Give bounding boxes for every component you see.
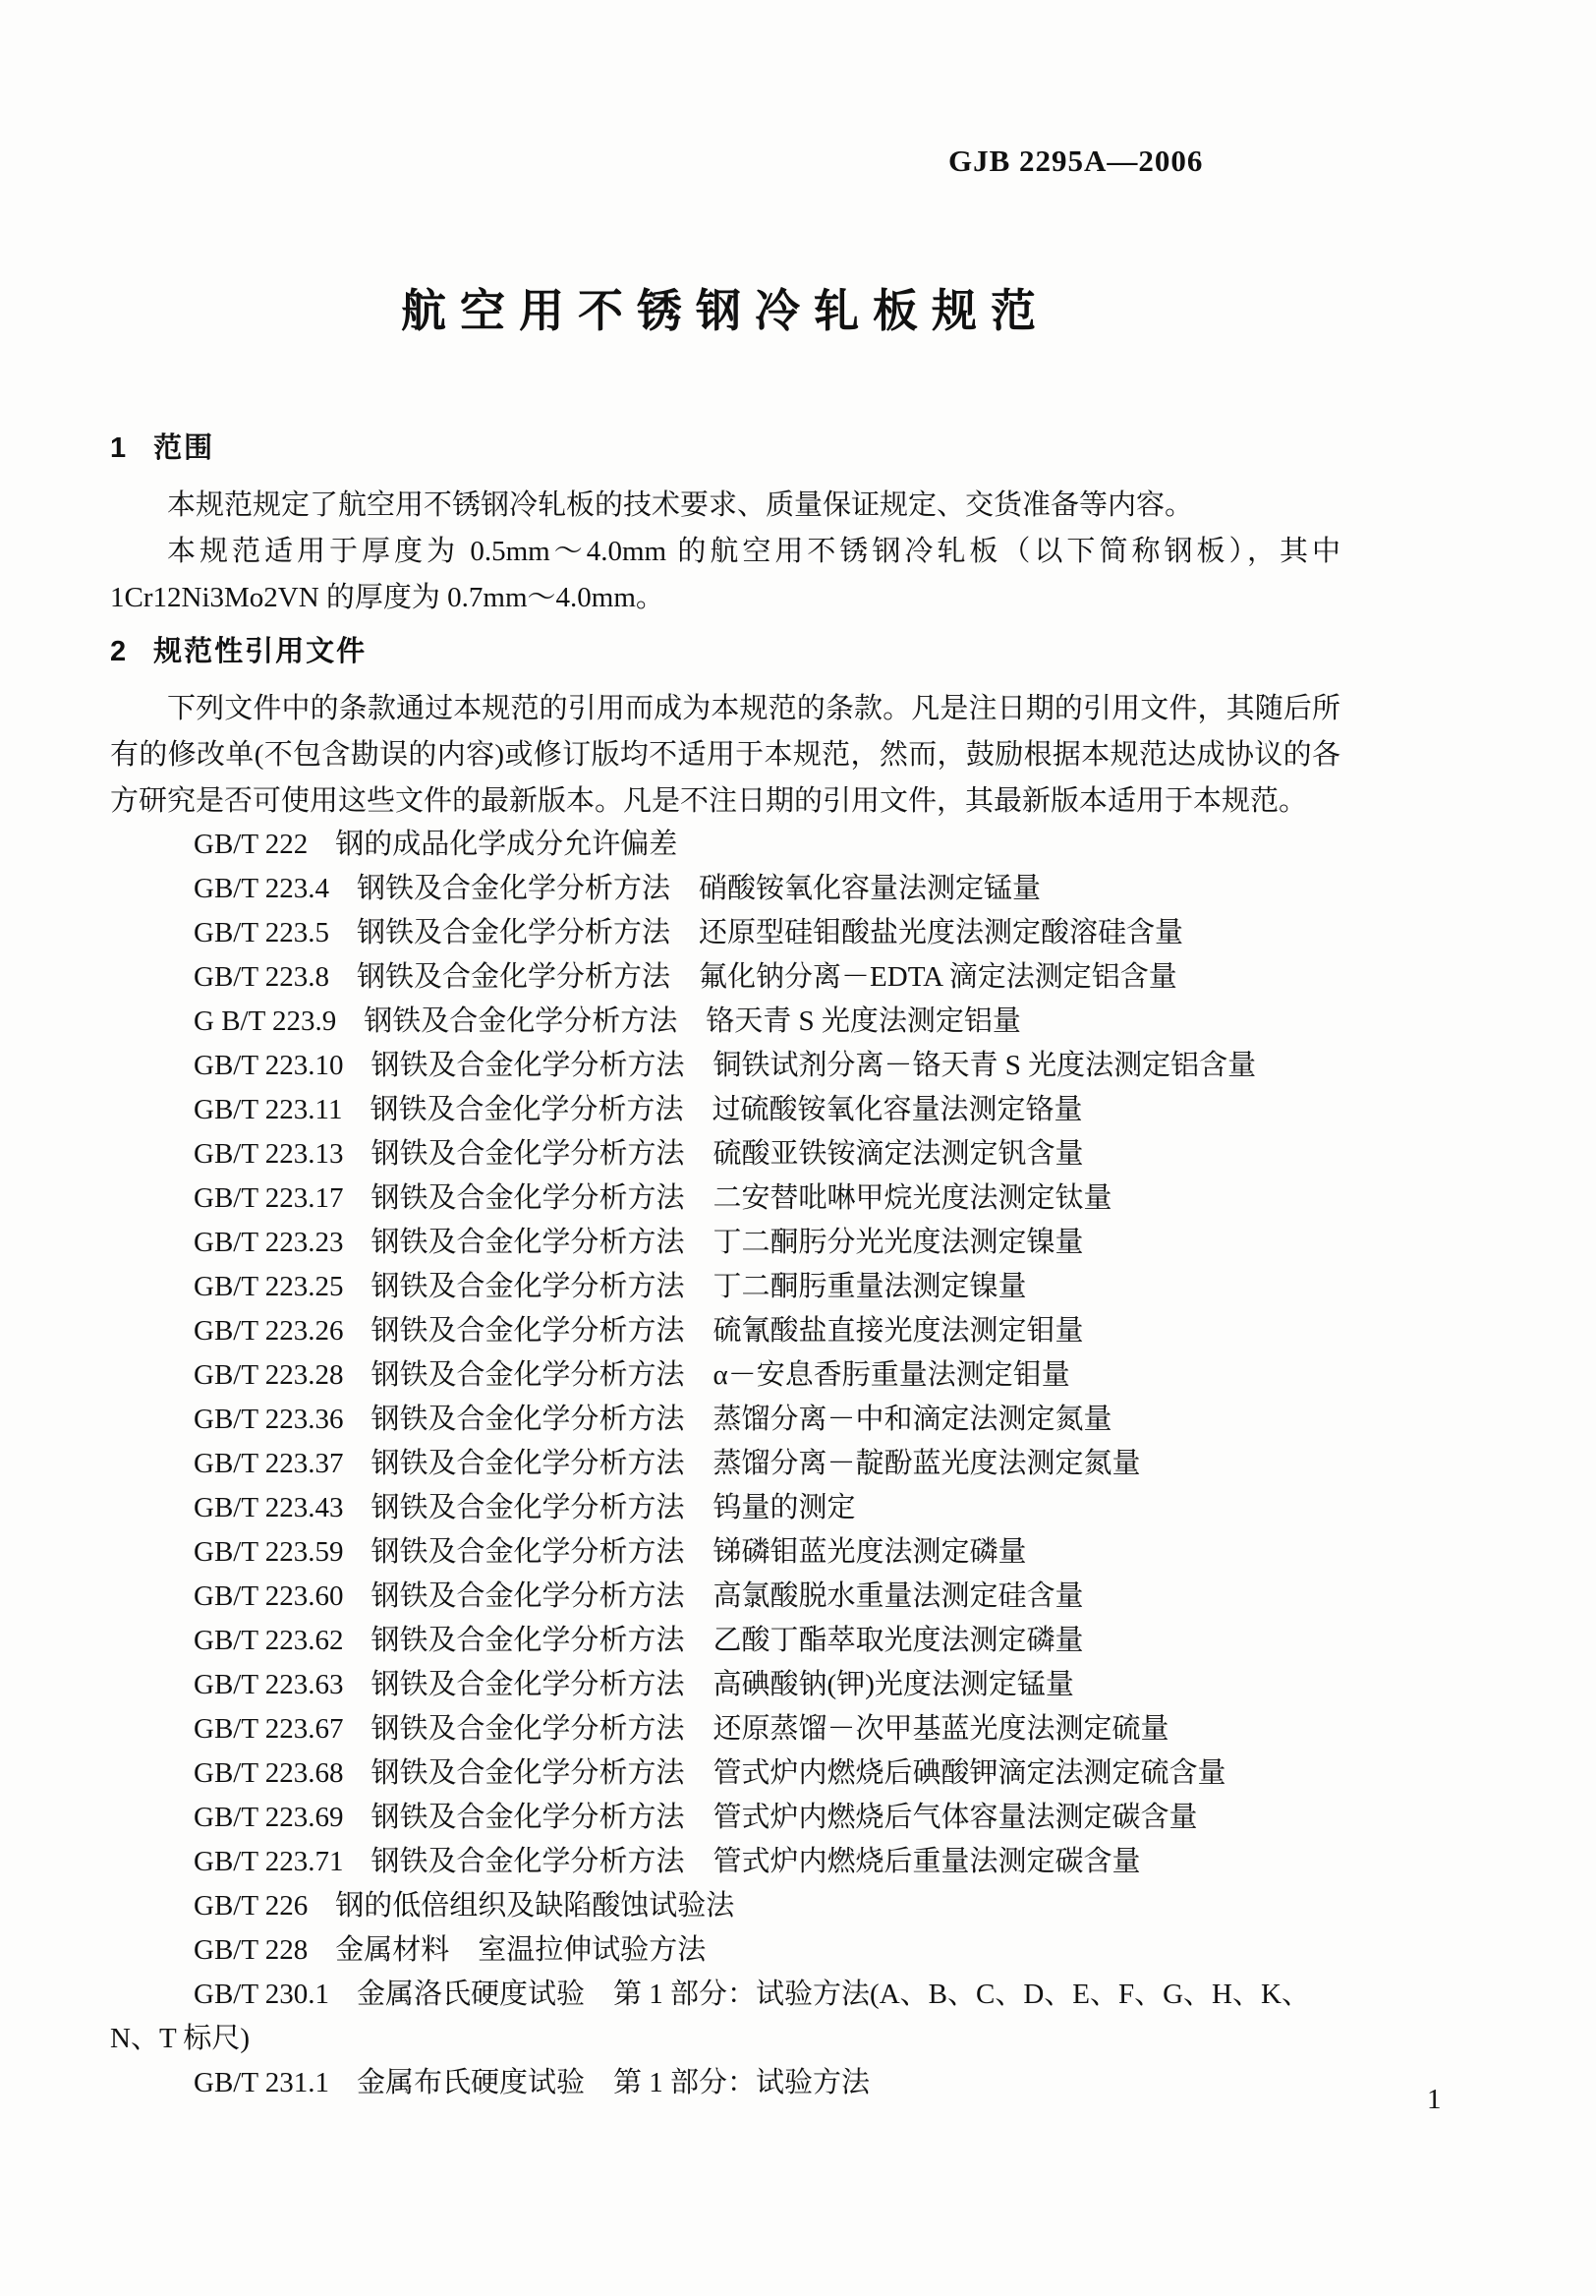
reference-code: GB/T 231.1	[194, 2067, 329, 2098]
section-2-heading: 2规范性引用文件	[110, 635, 1340, 668]
reference-item: GB/T 223.25钢铁及合金化学分析方法 丁二酮肟重量法测定镍量	[110, 1265, 1340, 1309]
reference-item: GB/T 223.43钢铁及合金化学分析方法 钨量的测定	[110, 1486, 1340, 1530]
section-normative-references: 2规范性引用文件 下列文件中的条款通过本规范的引用而成为本规范的条款。凡是注日期…	[110, 635, 1340, 2105]
reference-desc: 钢铁及合金化学分析方法 高碘酸钠(钾)光度法测定锰量	[371, 1669, 1074, 1700]
reference-code: GB/T 223.60	[194, 1580, 344, 1612]
reference-code: GB/T 223.23	[194, 1227, 344, 1258]
reference-item: GB/T 223.63钢铁及合金化学分析方法 高碘酸钠(钾)光度法测定锰量	[110, 1663, 1340, 1707]
reference-code: GB/T 223.4	[194, 873, 329, 904]
section-scope: 1范围 本规范规定了航空用不锈钢冷轧板的技术要求、质量保证规定、交货准备等内容。…	[110, 431, 1340, 621]
reference-item: GB/T 228金属材料 室温拉伸试验方法	[110, 1928, 1340, 1973]
reference-desc: 钢铁及合金化学分析方法 二安替吡啉甲烷光度法测定钛量	[371, 1182, 1112, 1214]
reference-code: GB/T 228	[194, 1934, 308, 1966]
page-number: 1	[1427, 2084, 1442, 2116]
reference-code: GB/T 223.13	[194, 1138, 344, 1170]
reference-item: GB/T 223.69钢铁及合金化学分析方法 管式炉内燃烧后气体容量法测定碳含量	[110, 1796, 1340, 1840]
reference-item: GB/T 223.13钢铁及合金化学分析方法 硫酸亚铁铵滴定法测定钒含量	[110, 1132, 1340, 1177]
reference-desc: 钢铁及合金化学分析方法 铜铁试剂分离－铬天青 S 光度法测定铝含量	[371, 1050, 1257, 1081]
reference-item: GB/T 223.59钢铁及合金化学分析方法 锑磷钼蓝光度法测定磷量	[110, 1530, 1340, 1575]
reference-desc: 钢铁及合金化学分析方法 丁二酮肟分光光度法测定镍量	[371, 1227, 1084, 1258]
reference-item: GB/T 223.68钢铁及合金化学分析方法 管式炉内燃烧后碘酸钾滴定法测定硫含…	[110, 1751, 1340, 1796]
reference-code: GB/T 223.43	[194, 1492, 344, 1523]
document-content: 航空用不锈钢冷轧板规范 1范围 本规范规定了航空用不锈钢冷轧板的技术要求、质量保…	[110, 0, 1340, 2105]
reference-desc: 钢铁及合金化学分析方法 钨量的测定	[371, 1492, 856, 1523]
references-intro-paragraph: 下列文件中的条款通过本规范的引用而成为本规范的条款。凡是注日期的引用文件，其随后…	[110, 686, 1340, 825]
reference-item: GB/T 231.1金属布氏硬度试验 第 1 部分：试验方法	[110, 2061, 1340, 2105]
reference-item: GB/T 223.37钢铁及合金化学分析方法 蒸馏分离－靛酚蓝光度法测定氮量	[110, 1442, 1340, 1486]
reference-desc: 钢铁及合金化学分析方法 过硫酸铵氧化容量法测定铬量	[370, 1094, 1082, 1125]
reference-code: GB/T 223.17	[194, 1182, 344, 1214]
reference-code: GB/T 230.1	[194, 1979, 329, 2010]
reference-item: GB/T 223.4钢铁及合金化学分析方法 硝酸铵氧化容量法测定锰量	[110, 867, 1340, 911]
reference-item: GB/T 223.11钢铁及合金化学分析方法 过硫酸铵氧化容量法测定铬量	[110, 1088, 1340, 1132]
reference-item: GB/T 230.1金属洛氏硬度试验 第 1 部分：试验方法(A、B、C、D、E…	[110, 1973, 1340, 2061]
reference-code: GB/T 223.37	[194, 1448, 344, 1479]
reference-item: GB/T 223.26钢铁及合金化学分析方法 硫氰酸盐直接光度法测定钼量	[110, 1309, 1340, 1353]
reference-item: GB/T 223.10钢铁及合金化学分析方法 铜铁试剂分离－铬天青 S 光度法测…	[110, 1044, 1340, 1088]
reference-code: GB/T 223.71	[194, 1846, 344, 1877]
reference-desc: 钢铁及合金化学分析方法 硫氰酸盐直接光度法测定钼量	[371, 1315, 1084, 1347]
reference-desc: 钢铁及合金化学分析方法 铬天青 S 光度法测定铝量	[364, 1005, 1021, 1037]
reference-desc: 钢铁及合金化学分析方法 蒸馏分离－中和滴定法测定氮量	[371, 1404, 1112, 1435]
reference-code: GB/T 223.68	[194, 1757, 344, 1789]
section-2-number: 2	[110, 636, 128, 667]
reference-desc: 钢铁及合金化学分析方法 氟化钠分离－EDTA 滴定法测定铝含量	[357, 961, 1177, 993]
reference-code: GB/T 223.28	[194, 1359, 344, 1391]
reference-code: GB/T 223.62	[194, 1625, 344, 1656]
section-1-heading: 1范围	[110, 431, 1340, 465]
reference-code: GB/T 223.36	[194, 1404, 344, 1435]
reference-desc: 钢铁及合金化学分析方法 乙酸丁酯萃取光度法测定磷量	[371, 1625, 1084, 1656]
reference-desc: 金属材料 室温拉伸试验方法	[335, 1934, 706, 1966]
reference-desc: 钢铁及合金化学分析方法 管式炉内燃烧后重量法测定碳含量	[371, 1846, 1141, 1877]
section-1-title: 范围	[153, 432, 214, 464]
reference-item: GB/T 223.17钢铁及合金化学分析方法 二安替吡啉甲烷光度法测定钛量	[110, 1177, 1340, 1221]
reference-desc: 钢铁及合金化学分析方法 管式炉内燃烧后碘酸钾滴定法测定硫含量	[371, 1757, 1226, 1789]
reference-code: GB/T 223.5	[194, 917, 329, 948]
reference-desc: 钢铁及合金化学分析方法 锑磷钼蓝光度法测定磷量	[371, 1536, 1027, 1568]
reference-desc: 钢铁及合金化学分析方法 高氯酸脱水重量法测定硅含量	[371, 1580, 1084, 1612]
reference-code: GB/T 223.67	[194, 1713, 344, 1745]
reference-desc: 钢铁及合金化学分析方法 还原型硅钼酸盐光度法测定酸溶硅含量	[357, 917, 1183, 948]
section-1-number: 1	[110, 432, 128, 464]
reference-code: GB/T 223.69	[194, 1802, 344, 1833]
reference-item: GB/T 223.23钢铁及合金化学分析方法 丁二酮肟分光光度法测定镍量	[110, 1221, 1340, 1265]
reference-code: GB/T 223.59	[194, 1536, 344, 1568]
reference-desc: 钢铁及合金化学分析方法 丁二酮肟重量法测定镍量	[371, 1271, 1027, 1302]
reference-code: GB/T 223.8	[194, 961, 329, 993]
reference-item: G B/T 223.9钢铁及合金化学分析方法 铬天青 S 光度法测定铝量	[110, 1000, 1340, 1044]
reference-item: GB/T 223.8钢铁及合金化学分析方法 氟化钠分离－EDTA 滴定法测定铝含…	[110, 955, 1340, 1000]
reference-desc: 钢铁及合金化学分析方法 硫酸亚铁铵滴定法测定钒含量	[371, 1138, 1084, 1170]
reference-desc: 钢铁及合金化学分析方法 蒸馏分离－靛酚蓝光度法测定氮量	[371, 1448, 1141, 1479]
reference-item: GB/T 223.62钢铁及合金化学分析方法 乙酸丁酯萃取光度法测定磷量	[110, 1619, 1340, 1663]
reference-code: G B/T 223.9	[194, 1005, 336, 1037]
reference-code: GB/T 223.26	[194, 1315, 344, 1347]
reference-item: GB/T 223.60钢铁及合金化学分析方法 高氯酸脱水重量法测定硅含量	[110, 1575, 1340, 1619]
reference-code: GB/T 223.11	[194, 1094, 342, 1125]
reference-item: GB/T 223.71钢铁及合金化学分析方法 管式炉内燃烧后重量法测定碳含量	[110, 1840, 1340, 1884]
reference-list: GB/T 222钢的成品化学成分允许偏差GB/T 223.4钢铁及合金化学分析方…	[110, 823, 1340, 2105]
reference-item: GB/T 226钢的低倍组织及缺陷酸蚀试验法	[110, 1884, 1340, 1928]
reference-item: GB/T 222钢的成品化学成分允许偏差	[110, 823, 1340, 867]
scope-paragraph-2: 本规范适用于厚度为 0.5mm～4.0mm 的航空用不锈钢冷轧板（以下简称钢板）…	[110, 529, 1340, 621]
document-title: 航空用不锈钢冷轧板规范	[110, 283, 1340, 338]
reference-code: GB/T 223.63	[194, 1669, 344, 1700]
reference-desc: 钢铁及合金化学分析方法 硝酸铵氧化容量法测定锰量	[357, 873, 1041, 904]
reference-item: GB/T 223.36钢铁及合金化学分析方法 蒸馏分离－中和滴定法测定氮量	[110, 1398, 1340, 1442]
section-2-title: 规范性引用文件	[153, 636, 367, 667]
reference-item: GB/T 223.5钢铁及合金化学分析方法 还原型硅钼酸盐光度法测定酸溶硅含量	[110, 911, 1340, 955]
reference-code: GB/T 223.25	[194, 1271, 344, 1302]
scope-paragraph-1: 本规范规定了航空用不锈钢冷轧板的技术要求、质量保证规定、交货准备等内容。	[110, 483, 1340, 529]
reference-desc: 钢铁及合金化学分析方法 还原蒸馏－次甲基蓝光度法测定硫量	[371, 1713, 1169, 1745]
reference-code: GB/T 223.10	[194, 1050, 344, 1081]
reference-desc: 钢铁及合金化学分析方法 管式炉内燃烧后气体容量法测定碳含量	[371, 1802, 1198, 1833]
reference-desc: 钢铁及合金化学分析方法 α－安息香肟重量法测定钼量	[371, 1359, 1070, 1391]
reference-code: GB/T 222	[194, 829, 308, 860]
reference-item: GB/T 223.67钢铁及合金化学分析方法 还原蒸馏－次甲基蓝光度法测定硫量	[110, 1707, 1340, 1751]
reference-desc: 钢的成品化学成分允许偏差	[335, 829, 677, 860]
reference-item: GB/T 223.28钢铁及合金化学分析方法 α－安息香肟重量法测定钼量	[110, 1353, 1340, 1398]
reference-code: GB/T 226	[194, 1890, 308, 1922]
reference-desc: 金属布氏硬度试验 第 1 部分：试验方法	[357, 2067, 870, 2098]
reference-desc: 钢的低倍组织及缺陷酸蚀试验法	[335, 1890, 734, 1922]
document-page: GJB 2295A—2006 航空用不锈钢冷轧板规范 1范围 本规范规定了航空用…	[0, 0, 1596, 2296]
